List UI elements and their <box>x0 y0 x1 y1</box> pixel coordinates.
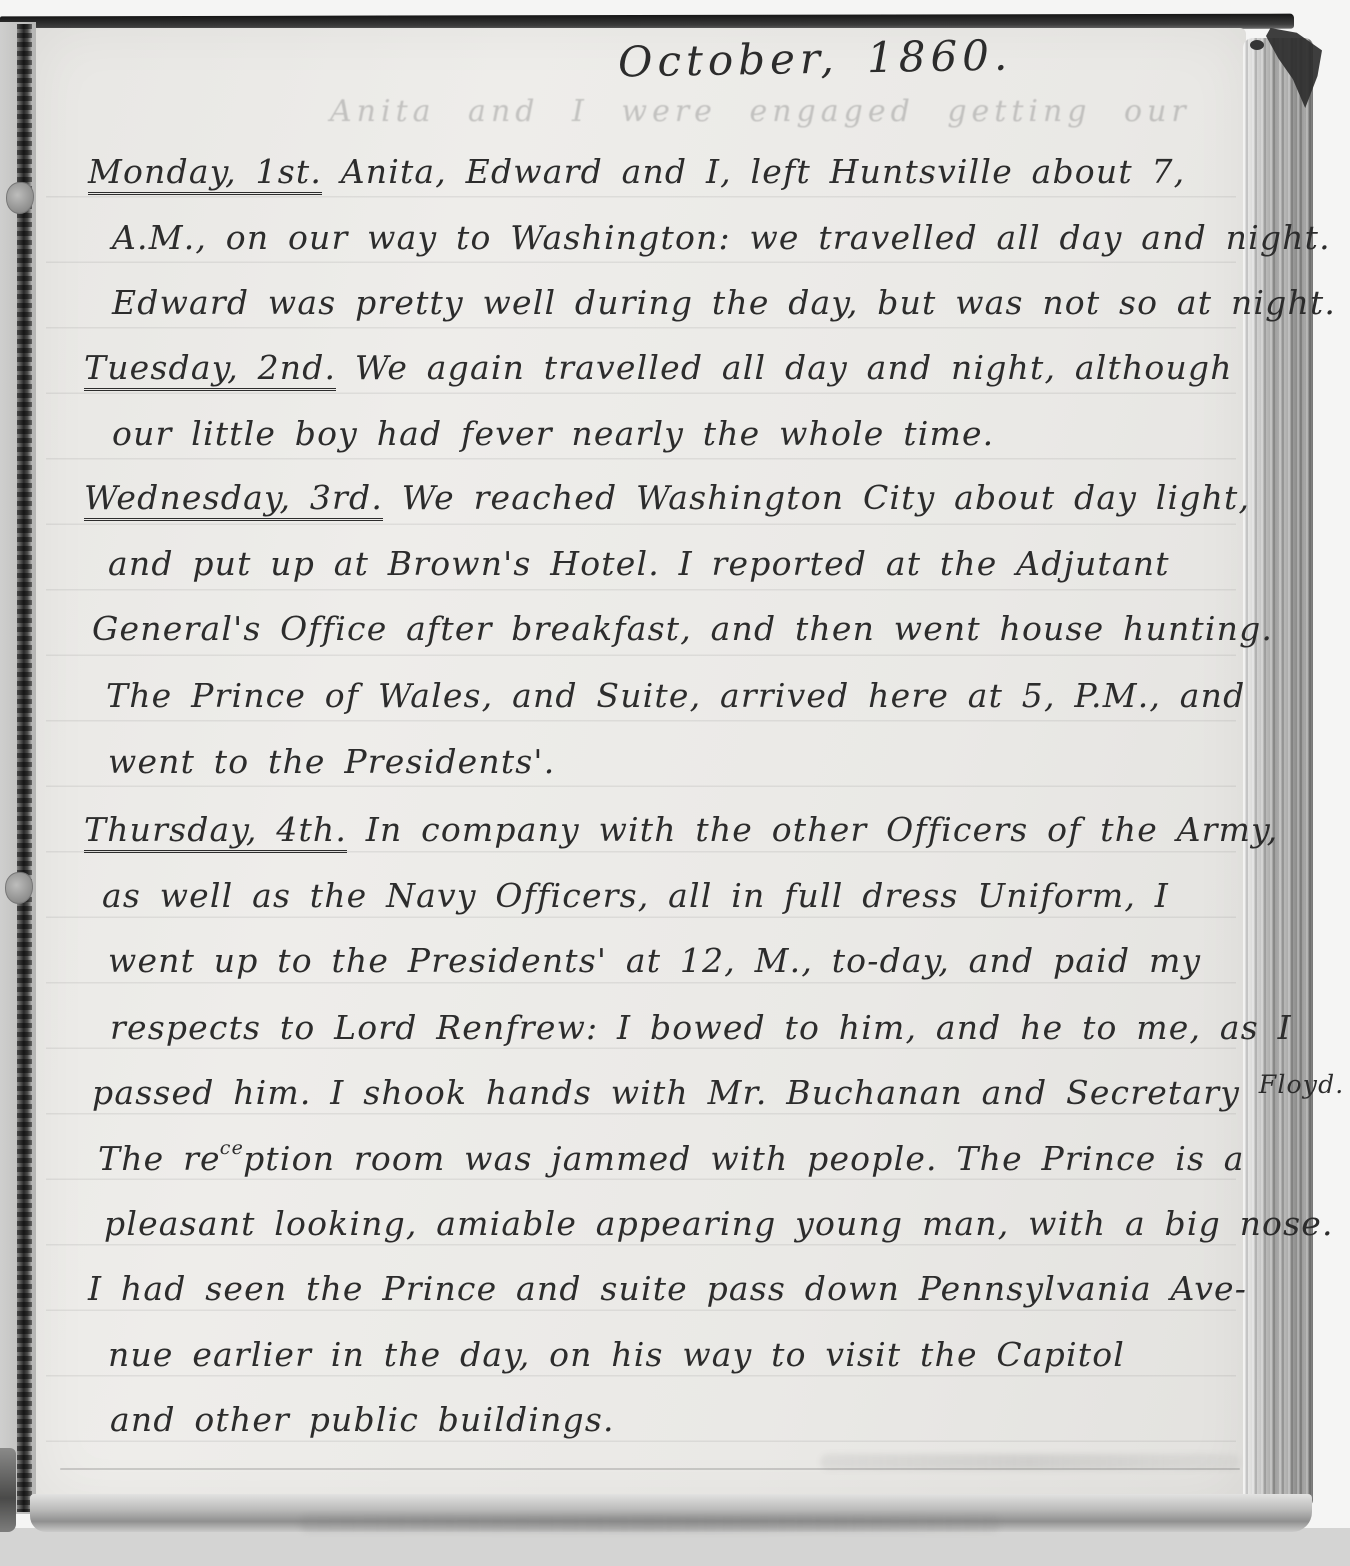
manuscript-line: and put up at Brown's Hotel. I reported … <box>108 544 1170 583</box>
manuscript-text: and put up at Brown's Hotel. I reported … <box>108 544 1170 583</box>
manuscript-text: Tuesday, 2nd. <box>84 348 336 391</box>
manuscript-line: General's Office after breakfast, and th… <box>92 609 1273 648</box>
manuscript-text: A.M., on our way to Washington: we trave… <box>112 218 1331 257</box>
manuscript-text: passed him. I shook hands with Mr. Bucha… <box>92 1073 1259 1112</box>
manuscript-text: our little boy had fever nearly the whol… <box>112 414 994 453</box>
bleed-through-smudge <box>300 1516 1000 1532</box>
manuscript-text: Anita, Edward and I, left Huntsville abo… <box>322 152 1185 191</box>
manuscript-text: respects to Lord Renfrew: I bowed to him… <box>110 1008 1292 1047</box>
manuscript-line: went up to the Presidents' at 12, M., to… <box>108 941 1201 980</box>
manuscript-line: I had seen the Prince and suite pass dow… <box>88 1269 1247 1308</box>
manuscript-line: Thursday, 4th. In company with the other… <box>84 810 1278 849</box>
manuscript-text: We reached Washington City about day lig… <box>383 478 1250 517</box>
manuscript-text: went up to the Presidents' at 12, M., to… <box>108 941 1201 980</box>
worn-cover-chip <box>1250 40 1264 50</box>
manuscript-text: In company with the other Officers of th… <box>347 810 1278 849</box>
manuscript-line: Monday, 1st. Anita, Edward and I, left H… <box>88 152 1185 191</box>
manuscript-text: ption room was jammed with people. The P… <box>243 1139 1245 1178</box>
manuscript-text: ce <box>220 1137 244 1159</box>
manuscript-text: General's Office after breakfast, and th… <box>92 609 1273 648</box>
manuscript-text: as well as the Navy Officers, all in ful… <box>102 876 1169 915</box>
diary-scan: Anita and I were engaged getting our Oct… <box>0 0 1350 1566</box>
manuscript-line: passed him. I shook hands with Mr. Bucha… <box>92 1073 1344 1112</box>
manuscript-text: Floyd. <box>1259 1070 1345 1099</box>
manuscript-line: Edward was pretty well during the day, b… <box>112 283 1336 322</box>
manuscript-line: The reception room was jammed with peopl… <box>98 1139 1245 1178</box>
manuscript-line: Wednesday, 3rd. We reached Washington Ci… <box>84 478 1250 517</box>
manuscript-text: The Prince of Wales, and Suite, arrived … <box>106 676 1245 715</box>
bleed-through-text: Anita and I were engaged getting our <box>330 94 1191 129</box>
manuscript-line: respects to Lord Renfrew: I bowed to him… <box>110 1008 1292 1047</box>
manuscript-text: The re <box>98 1139 221 1178</box>
page-edge-stack <box>1243 38 1313 1506</box>
manuscript-text: went to the Presidents'. <box>108 742 555 781</box>
page-title: October, 1860. <box>618 31 1013 87</box>
manuscript-text: We again travelled all day and night, al… <box>336 348 1232 387</box>
manuscript-line: our little boy had fever nearly the whol… <box>112 414 994 453</box>
manuscript-line: The Prince of Wales, and Suite, arrived … <box>106 676 1245 715</box>
manuscript-text: Monday, 1st. <box>88 152 322 195</box>
manuscript-line: nue earlier in the day, on his way to vi… <box>108 1335 1125 1374</box>
manuscript-text: and other public buildings. <box>110 1400 615 1439</box>
manuscript-line: pleasant looking, amiable appearing youn… <box>104 1204 1334 1243</box>
manuscript-line: and other public buildings. <box>110 1400 615 1439</box>
manuscript-line: went to the Presidents'. <box>108 742 555 781</box>
manuscript-line: as well as the Navy Officers, all in ful… <box>102 876 1169 915</box>
manuscript-text: Thursday, 4th. <box>84 810 347 853</box>
manuscript-text: I had seen the Prince and suite pass dow… <box>88 1269 1247 1308</box>
manuscript-text: Edward was pretty well during the day, b… <box>112 283 1336 322</box>
bleed-through-smudge <box>820 1454 1240 1470</box>
binding-seam <box>17 24 32 1512</box>
manuscript-line: A.M., on our way to Washington: we trave… <box>112 218 1331 257</box>
manuscript-text: Wednesday, 3rd. <box>84 478 383 521</box>
manuscript-line: Tuesday, 2nd. We again travelled all day… <box>84 348 1233 387</box>
manuscript-text: pleasant looking, amiable appearing youn… <box>104 1204 1334 1243</box>
binding-corner <box>0 1448 16 1532</box>
manuscript-text: nue earlier in the day, on his way to vi… <box>108 1335 1125 1374</box>
